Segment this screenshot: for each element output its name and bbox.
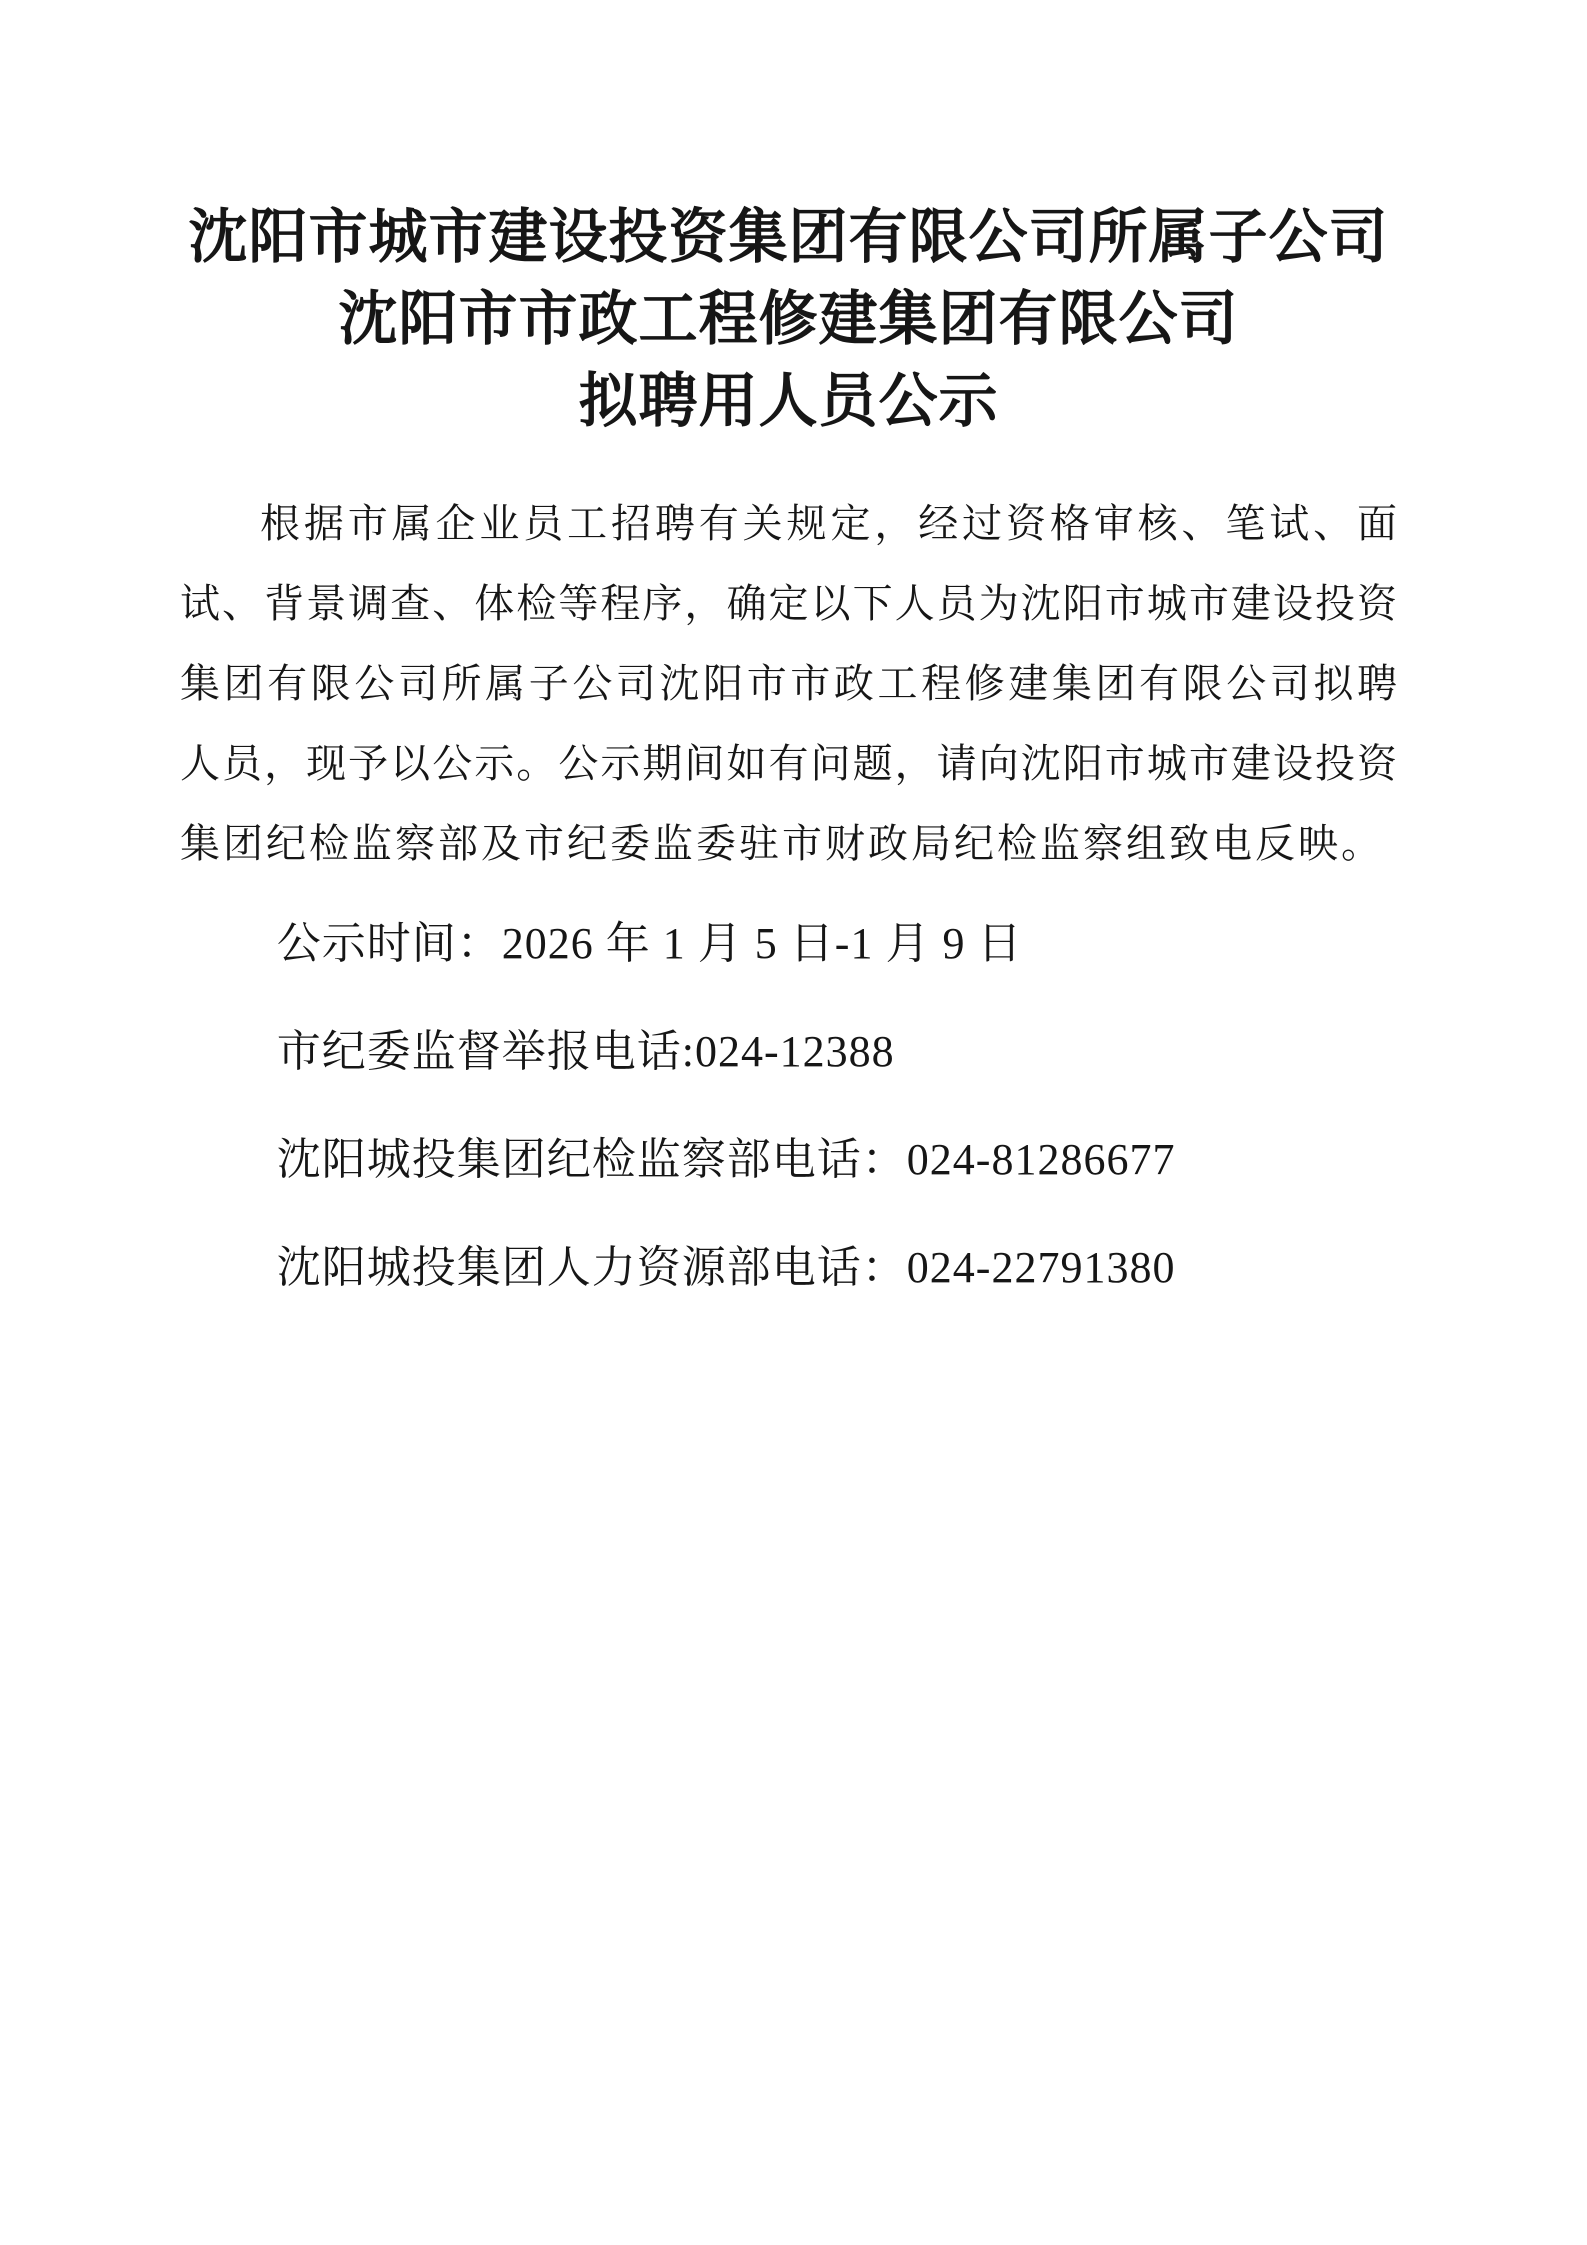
title-line-2: 沈阳市市政工程修建集团有限公司 bbox=[180, 278, 1397, 360]
body-paragraph-line: 试、背景调查、体检等程序，确定以下人员为沈阳市城市建设投资 bbox=[180, 564, 1397, 644]
body-paragraph-line: 根据市属企业员工招聘有关规定，经过资格审核、笔试、面 bbox=[180, 484, 1397, 564]
document-page: 沈阳市城市建设投资集团有限公司所属子公司 沈阳市市政工程修建集团有限公司 拟聘用… bbox=[0, 0, 1587, 2245]
contact-info-block: 公示时间：2026 年 1 月 5 日-1 月 9 日 市纪委监督举报电话:02… bbox=[180, 904, 1397, 1308]
hotline-city-commission: 市纪委监督举报电话:024-12388 bbox=[180, 1012, 1397, 1092]
title-line-3: 拟聘用人员公示 bbox=[180, 360, 1397, 442]
document-title: 沈阳市城市建设投资集团有限公司所属子公司 沈阳市市政工程修建集团有限公司 拟聘用… bbox=[180, 196, 1397, 442]
hotline-hr-dept: 沈阳城投集团人力资源部电话：024-22791380 bbox=[180, 1228, 1397, 1308]
hotline-discipline-dept: 沈阳城投集团纪检监察部电话：024-81286677 bbox=[180, 1120, 1397, 1200]
body-paragraph: 根据市属企业员工招聘有关规定，经过资格审核、笔试、面 试、背景调查、体检等程序，… bbox=[180, 484, 1397, 884]
title-line-1: 沈阳市城市建设投资集团有限公司所属子公司 bbox=[180, 196, 1397, 278]
body-paragraph-line: 人员，现予以公示。公示期间如有问题，请向沈阳市城市建设投资 bbox=[180, 724, 1397, 804]
body-paragraph-line: 集团有限公司所属子公司沈阳市市政工程修建集团有限公司拟聘 bbox=[180, 644, 1397, 724]
body-paragraph-line: 集团纪检监察部及市纪委监委驻市财政局纪检监察组致电反映。 bbox=[180, 804, 1397, 884]
publicity-period: 公示时间：2026 年 1 月 5 日-1 月 9 日 bbox=[180, 904, 1397, 984]
